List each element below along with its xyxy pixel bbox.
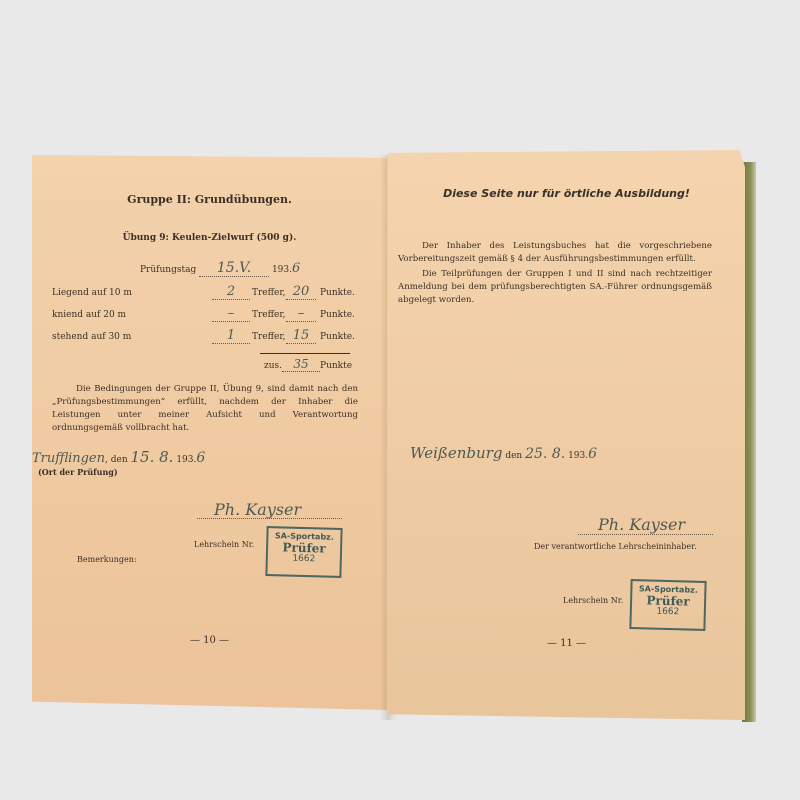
exam-year-value: 6: [292, 261, 300, 276]
right-page: Diese Seite nur für örtliche Ausbildung!…: [388, 150, 745, 720]
points-value: 20: [286, 284, 316, 300]
instructor-caption: Der verantwortliche Lehrscheininhaber.: [534, 542, 697, 551]
place-year-prefix: 193: [176, 455, 193, 465]
exam-date-label: Prüfungstag: [140, 265, 196, 275]
training-place-value: Weißenburg: [410, 444, 502, 462]
right-stamp-line3: 1662: [632, 607, 704, 619]
position-label: Liegend auf 10 m: [52, 288, 132, 298]
points-label: Punkte.: [320, 332, 355, 342]
group-heading: Gruppe II: Grundübungen.: [32, 193, 387, 206]
left-page: Gruppe II: Grundübungen. Übung 9: Keulen…: [32, 155, 387, 710]
total-label: zus.: [264, 361, 282, 371]
preparation-paragraph: Der Inhaber des Leistungsbuches hat die …: [398, 240, 712, 266]
hits-value: 2: [212, 284, 250, 300]
total-line: zus.35Punkte: [264, 357, 352, 372]
partial-exams-paragraph: Die Teilprüfungen der Gruppen I und II s…: [398, 268, 712, 307]
examiner-signature: Ph. Kayser: [214, 500, 301, 519]
exam-place-value: Trufflingen: [32, 451, 105, 466]
page-number-left: — 10 —: [32, 635, 387, 646]
hits-label: Treffer,: [252, 288, 286, 298]
exam-date-value: 15.V.: [199, 260, 269, 277]
right-examiner-stamp: SA-Sportabz. Prüfer 1662: [629, 579, 706, 631]
den-label: den: [111, 455, 128, 465]
hits-value: –: [212, 306, 250, 322]
points-label: Punkte.: [320, 310, 355, 320]
sum-divider: [260, 353, 350, 354]
right-license-label: Lehrschein Nr.: [563, 596, 623, 605]
position-label: kniend auf 20 m: [52, 310, 126, 320]
exercise-title: Übung 9: Keulen-Zielwurf (500 g).: [32, 233, 387, 243]
conditions-paragraph: Die Bedingungen der Gruppe II, Übung 9, …: [52, 383, 358, 435]
right-year-prefix: 193: [568, 451, 585, 461]
place-caption: (Ort der Prüfung): [38, 467, 118, 477]
remarks-label: Bemerkungen:: [77, 555, 137, 564]
page-number-right: — 11 —: [388, 638, 745, 649]
examiner-stamp: SA-Sportabz. Prüfer 1662: [265, 526, 342, 578]
exam-place-date: 15. 8.: [131, 448, 174, 466]
points-value: 15: [286, 328, 316, 344]
exam-date-line: Prüfungstag 15.V. 193.6: [140, 260, 300, 277]
license-label: Lehrschein Nr.: [194, 540, 254, 549]
right-signature-line: [578, 534, 713, 535]
right-year-value: 6: [588, 446, 597, 462]
instructor-signature: Ph. Kayser: [598, 515, 685, 534]
points-value: –: [286, 306, 316, 322]
total-value: 35: [282, 357, 320, 372]
right-place-date-line: Weißenburg den 25. 8. 193.6: [410, 444, 597, 462]
place-date-line: Trufflingen, den 15. 8. 193.6: [32, 448, 205, 466]
place-year-value: 6: [196, 450, 205, 466]
training-date-value: 25. 8.: [525, 446, 565, 462]
total-points-label: Punkte: [320, 361, 352, 371]
exam-year-prefix: 193: [272, 265, 289, 275]
points-label: Punkte.: [320, 288, 355, 298]
hits-label: Treffer,: [252, 332, 286, 342]
right-den-label: den: [505, 451, 522, 461]
stamp-line3: 1662: [268, 554, 340, 566]
signature-line: [197, 518, 342, 519]
local-training-heading: Diese Seite nur für örtliche Ausbildung!: [388, 187, 745, 200]
position-label: stehend auf 30 m: [52, 332, 131, 342]
hits-label: Treffer,: [252, 310, 286, 320]
hits-value: 1: [212, 328, 250, 344]
